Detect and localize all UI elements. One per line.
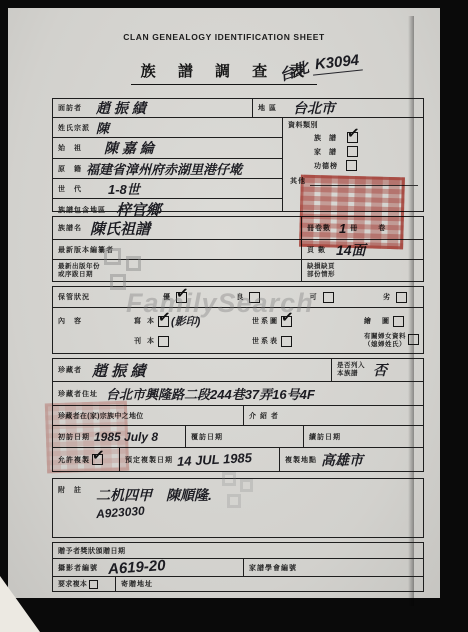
interviewer-label: 面訪者 [58, 103, 82, 113]
coverage-area-label: 族譜包含地區 [58, 205, 106, 215]
planned-copy-date-label: 預定複製日期 [125, 455, 173, 465]
request-copy-checkbox [89, 580, 98, 589]
handwritten-file-number: 台北 K3094 [276, 52, 406, 73]
condition-excellent: 優 [163, 292, 189, 303]
category-option-gongde: 功德榜 [314, 159, 418, 172]
photographer-number-value: A619-20 [107, 557, 166, 578]
pedigree-chart-checkbox-checked [281, 316, 292, 327]
drawings-checkbox [393, 316, 404, 327]
category-option-jiapu: 家 譜 [314, 145, 418, 158]
printed-checkbox [158, 336, 169, 347]
region-value: 台北市 [293, 98, 335, 118]
content-pedigree-table: 世系表 [252, 333, 364, 349]
generations-label: 世 代 [58, 184, 82, 194]
manuscript-note: (影印) [171, 313, 200, 329]
photographer-number-label: 攝影者編號 [58, 563, 98, 573]
first-ancestor-label: 始 祖 [58, 143, 82, 153]
gongde-checkbox [346, 160, 357, 171]
lineage-label: 姓氏宗派 [58, 123, 90, 133]
planned-copy-date-value: 14 JUL 1985 [177, 450, 253, 469]
table-numbering: 贈予者獎狀頒贈日期 攝影者編號 A619-20 家譜學會編號 要求複本 寄贈地 [52, 542, 424, 592]
copy-location-label: 複製地點 [285, 455, 317, 465]
origin-value: 福建省漳州府赤湖里港仔墘 [86, 159, 242, 178]
table-notes: 附 註 二机四甲 陳順隆. A923030 [52, 478, 424, 538]
content-women-data: 有關婦女資料（媳婦姓氏） [364, 333, 421, 349]
lineage-value: 陳 [96, 118, 109, 137]
condition-good: 良 [236, 292, 262, 303]
revisit-label: 覆訪日期 [191, 432, 223, 442]
keeper-label: 珍藏者 [58, 365, 82, 375]
excellent-checkbox-checked [176, 292, 187, 303]
introducer-label: 介 紹 者 [249, 411, 279, 421]
fair-checkbox [323, 292, 334, 303]
listed-in-genealogy-value: 否 [373, 360, 387, 380]
mailing-address-label: 寄贈地址 [121, 579, 153, 589]
contents-label: 內 容 [58, 316, 82, 326]
society-number-label: 家譜學會編號 [249, 563, 297, 573]
paper-sheet: CLAN GENEALOGY IDENTIFICATION SHEET 族 譜 … [8, 8, 440, 598]
keeper-value: 趙 振 績 [92, 360, 145, 381]
interviewer-value: 趙 振 績 [96, 98, 146, 118]
generations-value: 1-8世 [108, 179, 140, 198]
publication-year-label: 最新出版年份或序跋日期 [58, 263, 100, 279]
notes-label: 附 註 [58, 485, 82, 519]
pedigree-table-checkbox [281, 336, 292, 347]
listed-in-genealogy-label: 是否列入本族譜 [337, 362, 365, 378]
manuscript-checkbox-checked [158, 316, 169, 327]
content-printed: 刊 本 [134, 333, 252, 349]
genealogy-name-label: 族譜名 [58, 223, 82, 233]
missing-pages-label: 缺損缺頁部份情形 [307, 263, 335, 279]
zupu-checkbox-checked [347, 132, 358, 143]
content-pedigree-chart: 世系圖 [252, 313, 364, 329]
first-ancestor-value: 陳 嘉 綸 [104, 138, 154, 158]
keeper-address-value: 台北市興隆路二段244巷37弄16号4F [106, 384, 315, 403]
red-seal-stamp-faint [45, 401, 129, 474]
genealogy-name-value: 陳氏祖譜 [90, 218, 150, 239]
condition-poor: 劣 [383, 292, 409, 303]
latest-editor-label: 最新版本編纂者 [58, 245, 114, 255]
scanned-document: CLAN GENEALOGY IDENTIFICATION SHEET 族 譜 … [0, 0, 468, 632]
followup-visit-label: 續訪日期 [309, 432, 341, 442]
form-eyebrow-title: CLAN GENEALOGY IDENTIFICATION SHEET [8, 32, 440, 42]
category-option-zupu: 族 譜 [314, 131, 418, 144]
keeper-address-label: 珍藏者住址 [58, 389, 98, 399]
handwritten-number: K3094 [311, 51, 363, 75]
donor-award-date-label: 贈予者獎狀頒贈日期 [58, 546, 126, 556]
condition-label: 保管狀況 [58, 292, 90, 302]
red-seal-stamp-large [299, 175, 405, 250]
content-drawings: 繪 圖 [364, 313, 421, 329]
copy-location-value: 高雄市 [321, 450, 363, 470]
notes-line2: A923030 [96, 503, 157, 521]
condition-fair: 可 [310, 292, 336, 303]
poor-checkbox [396, 292, 407, 303]
women-data-checkbox [408, 334, 419, 345]
scan-corner-artifact [0, 576, 40, 632]
region-label: 地 區 [258, 103, 277, 113]
content-manuscript: 寫 本 (影印) [134, 313, 252, 329]
jiapu-checkbox [347, 146, 358, 157]
request-copy-label: 要求複本 [58, 579, 87, 589]
table-condition-contents: 保管狀況 優 良 可 劣 [52, 286, 424, 354]
origin-label: 原 籍 [58, 164, 82, 174]
good-checkbox [249, 292, 260, 303]
